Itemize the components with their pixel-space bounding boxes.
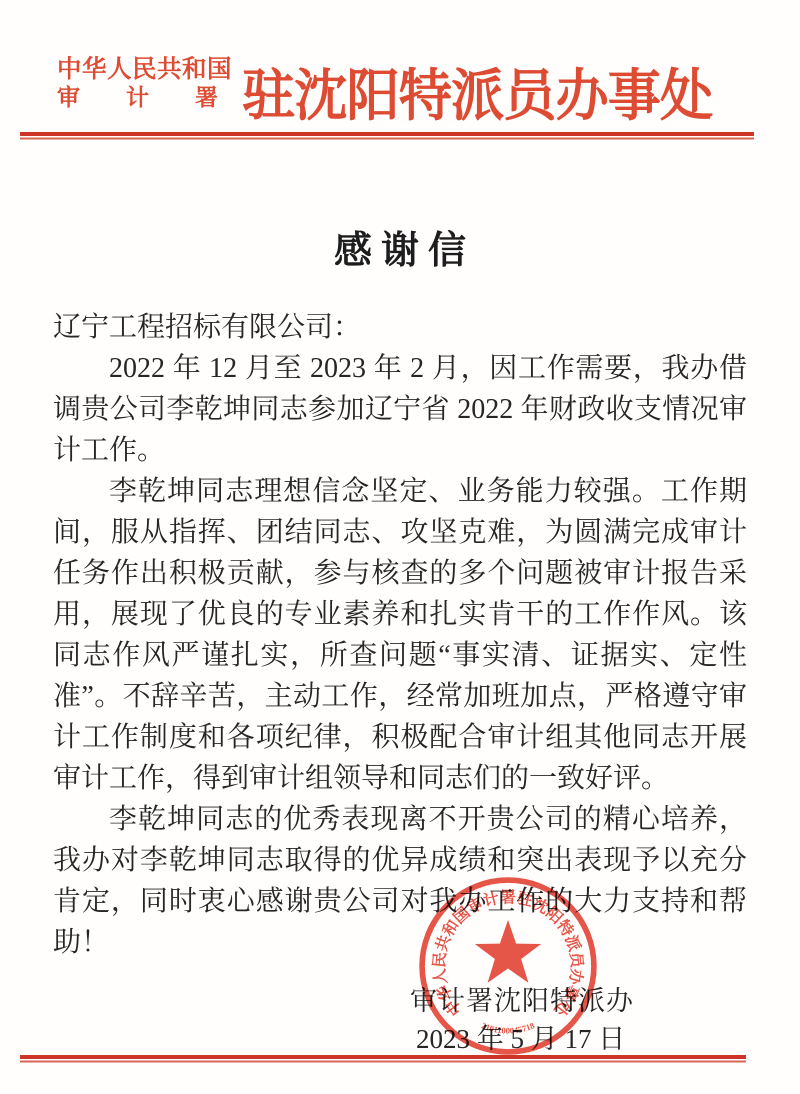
svg-text:2101100045718: 2101100045718 (480, 1020, 537, 1035)
letter-body: 辽宁工程招标有限公司： 2022 年 12 月至 2023 年 2 月，因工作需… (53, 307, 747, 963)
salutation: 辽宁工程招标有限公司： (53, 307, 747, 348)
letterhead-org-name: 中华人民共和国 审 计 署 (57, 57, 229, 110)
paragraph-1: 2022 年 12 月至 2023 年 2 月，因工作需要，我办借调贵公司李乾坤… (53, 348, 747, 471)
footer-rule (20, 1055, 746, 1063)
paragraph-2: 李乾坤同志理想信念坚定、业务能力较强。工作期间，服从指挥、团结同志、攻坚克难，为… (53, 471, 747, 799)
official-seal: 中华人民共和国审计署驻沈阳特派员办事处 2101100045718 (418, 876, 598, 1056)
org-name-line1: 中华人民共和国 (57, 57, 229, 84)
paragraph-3: 李乾坤同志的优秀表现离不开贵公司的精心培养，我办对李乾坤同志取得的优异成绩和突出… (53, 799, 747, 963)
header-rule (20, 132, 754, 140)
org-name-line2: 审 计 署 (57, 85, 229, 110)
letter-title: 感谢信 (0, 219, 800, 274)
letterhead-office-name: 驻沈阳特派员办事处 (242, 52, 755, 132)
seal-code: 2101100045718 (480, 1020, 537, 1035)
star-icon (475, 920, 541, 983)
letter-page: 中华人民共和国 审 计 署 驻沈阳特派员办事处 感谢信 辽宁工程招标有限公司： … (0, 0, 800, 1094)
